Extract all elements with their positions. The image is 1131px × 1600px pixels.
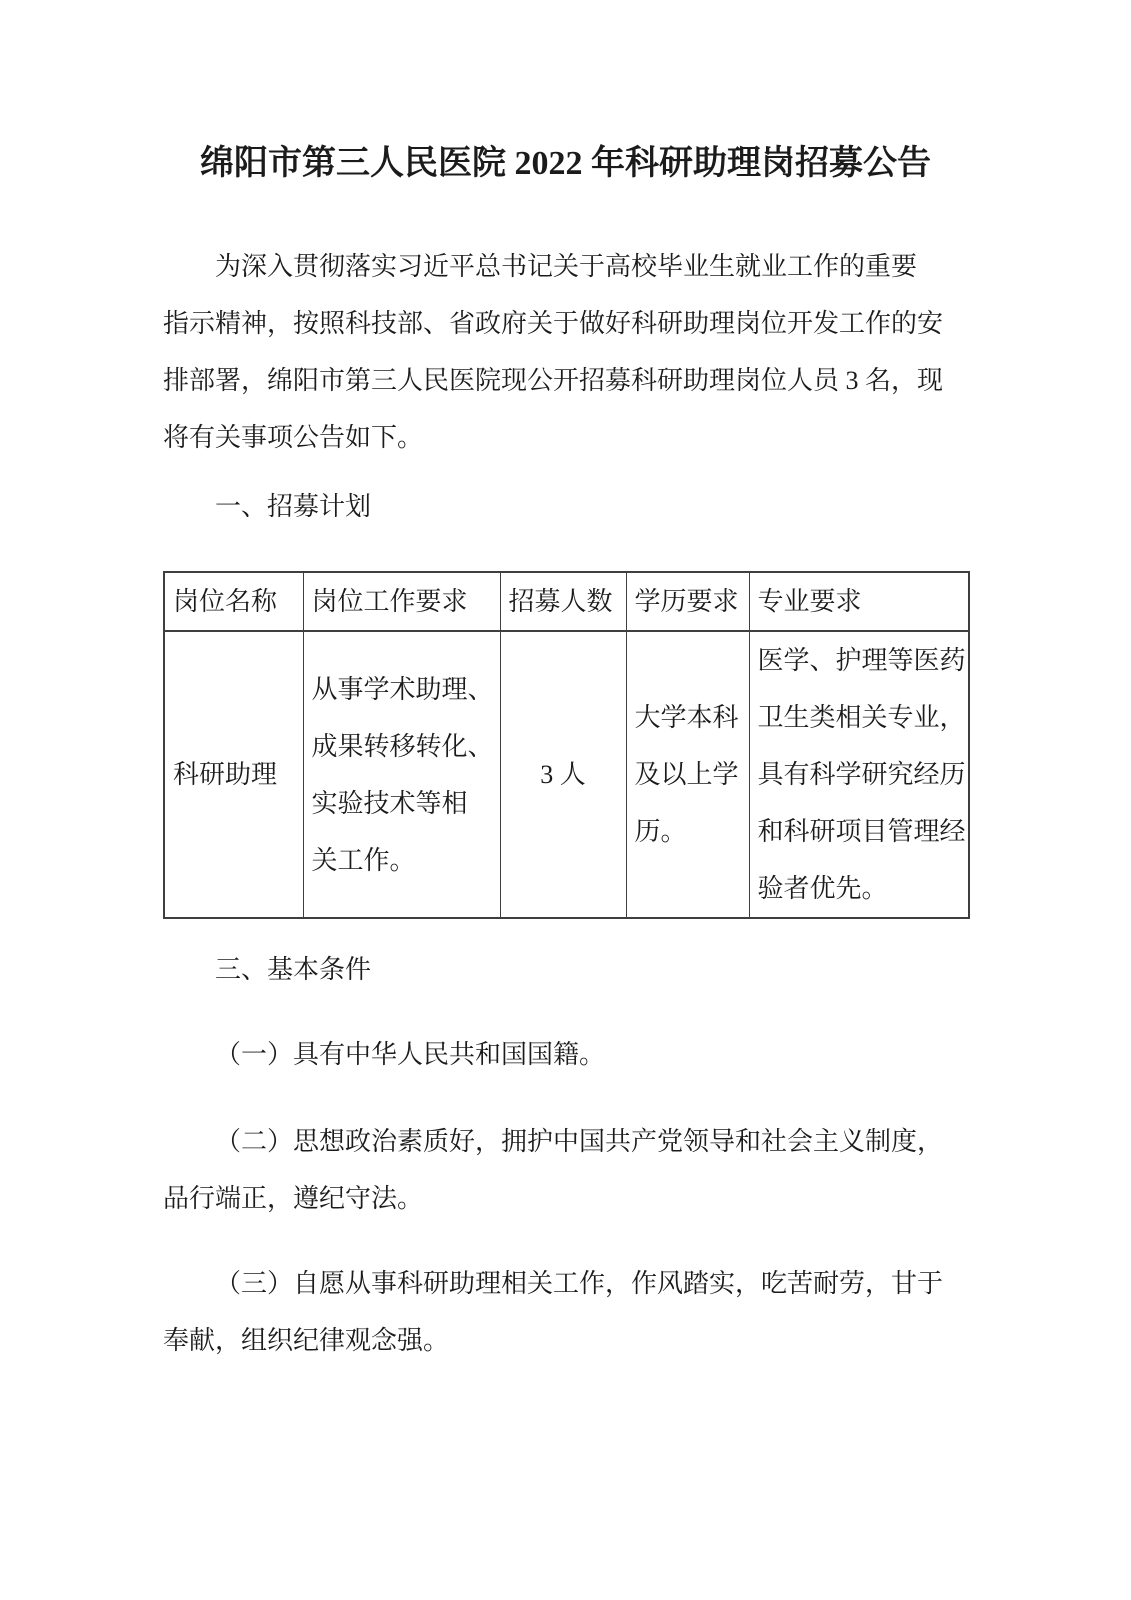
section-heading-basic-conditions: 三、基本条件 bbox=[163, 941, 968, 998]
column-header-position-name: 岗位名称 bbox=[164, 572, 303, 631]
recruitment-table: 岗位名称 岗位工作要求 招募人数 学历要求 专业要求 科研助理 从事学术助理、 … bbox=[163, 571, 970, 919]
condition-item-2: （二）思想政治素质好，拥护中国共产党领导和社会主义制度， 品行端正，遵纪守法。 bbox=[163, 1113, 968, 1227]
table-row: 科研助理 从事学术助理、 成果转移转化、 实验技术等相 关工作。 3 人 大学本… bbox=[164, 631, 969, 918]
page-title: 绵阳市第三人民医院 2022 年科研助理岗招募公告 bbox=[163, 142, 968, 186]
column-header-education-requirement: 学历要求 bbox=[626, 572, 749, 631]
cell-education-requirement: 大学本科 及以上学 历。 bbox=[626, 631, 749, 918]
document-page: 绵阳市第三人民医院 2022 年科研助理岗招募公告 为深入贯彻落实习近平总书记关… bbox=[0, 0, 1131, 1600]
intro-paragraph: 为深入贯彻落实习近平总书记关于高校毕业生就业工作的重要 指示精神，按照科技部、省… bbox=[163, 238, 968, 466]
cell-position-name: 科研助理 bbox=[164, 631, 303, 918]
column-header-headcount: 招募人数 bbox=[500, 572, 626, 631]
condition-item-3: （三）自愿从事科研助理相关工作，作风踏实，吃苦耐劳，甘于 奉献，组织纪律观念强。 bbox=[163, 1255, 968, 1369]
recruitment-table-header-row: 岗位名称 岗位工作要求 招募人数 学历要求 专业要求 bbox=[164, 572, 969, 631]
cell-major-requirement: 医学、护理等医药 卫生类相关专业， 具有科学研究经历 和科研项目管理经 验者优先… bbox=[749, 631, 969, 918]
column-header-major-requirement: 专业要求 bbox=[749, 572, 969, 631]
cell-job-requirements: 从事学术助理、 成果转移转化、 实验技术等相 关工作。 bbox=[303, 631, 500, 918]
condition-item-1: （一）具有中华人民共和国国籍。 bbox=[163, 1026, 968, 1083]
column-header-job-requirements: 岗位工作要求 bbox=[303, 572, 500, 631]
section-heading-recruitment-plan: 一、招募计划 bbox=[163, 478, 968, 535]
cell-headcount: 3 人 bbox=[500, 631, 626, 918]
